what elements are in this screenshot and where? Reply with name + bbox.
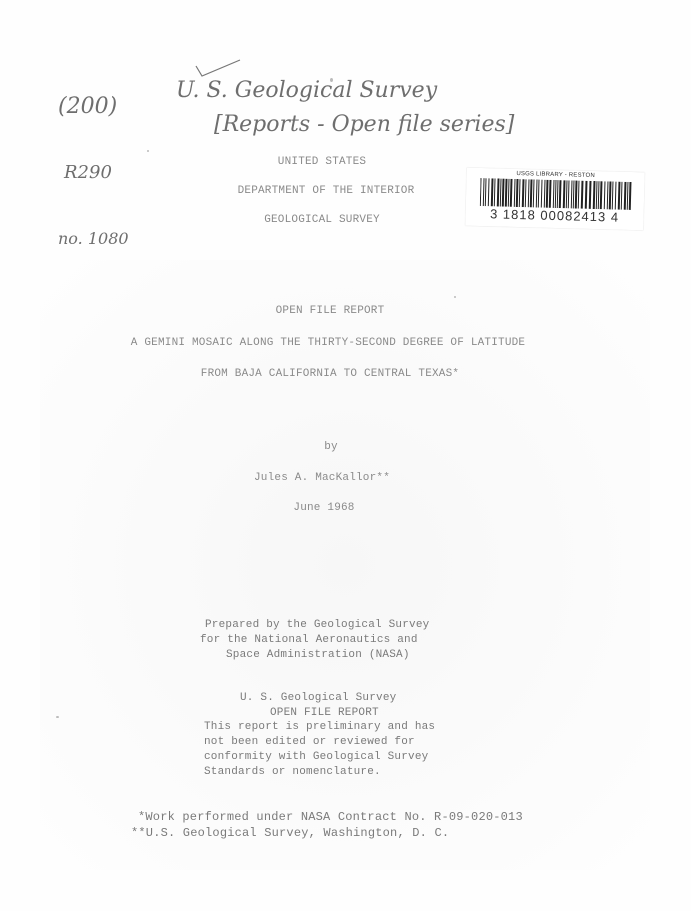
call-number-line: (200) xyxy=(58,96,129,118)
prepared-line-3: Space Administration (NASA) xyxy=(226,649,410,661)
footnote-2: **U.S. Geological Survey, Washington, D.… xyxy=(131,826,449,840)
call-number-line: R290 xyxy=(58,162,129,184)
prepared-line-1: Prepared by the Geological Survey xyxy=(205,619,429,631)
document-page: (200) R290 no. 1080 U. S. Geological Sur… xyxy=(0,0,691,911)
disclaimer-line-2: OPEN FILE REPORT xyxy=(270,707,379,719)
prepared-line-2: for the National Aeronautics and xyxy=(200,634,418,646)
disclaimer-line-1: U. S. Geological Survey xyxy=(240,692,396,704)
author-name: Jules A. MacKallor** xyxy=(254,472,390,484)
library-barcode-label: USGS LIBRARY - RESTON 3 1818 00082413 4 xyxy=(465,168,644,231)
header-department: DEPARTMENT OF THE INTERIOR xyxy=(238,185,415,197)
header-geological-survey: GEOLOGICAL SURVEY xyxy=(264,214,380,226)
paper-speck xyxy=(56,716,59,718)
report-title-line-2: FROM BAJA CALIFORNIA TO CENTRAL TEXAS* xyxy=(201,368,459,380)
checkmark-icon xyxy=(192,58,242,78)
report-type: OPEN FILE REPORT xyxy=(276,305,385,317)
paper-speck xyxy=(454,296,456,298)
header-united-states: UNITED STATES xyxy=(278,156,366,168)
handwritten-series-line-1: U. S. Geological Survey xyxy=(176,78,437,103)
disclaimer-line-4: not been edited or reviewed for xyxy=(204,736,415,748)
byline-by: by xyxy=(324,441,338,453)
handwritten-series-line-2: [Reports - Open file series] xyxy=(214,112,514,137)
footnote-1: *Work performed under NASA Contract No. … xyxy=(138,810,523,824)
barcode-icon xyxy=(480,178,633,210)
handwritten-call-number: (200) R290 no. 1080 xyxy=(58,52,129,294)
paper-speck xyxy=(147,150,149,152)
disclaimer-line-3: This report is preliminary and has xyxy=(204,721,435,733)
paper-speck xyxy=(330,78,333,82)
disclaimer-line-5: conformity with Geological Survey xyxy=(204,751,428,763)
call-number-line: no. 1080 xyxy=(58,228,129,250)
paper-shading xyxy=(40,260,650,870)
report-date: June 1968 xyxy=(293,502,354,514)
report-title-line-1: A GEMINI MOSAIC ALONG THE THIRTY-SECOND … xyxy=(131,337,525,349)
disclaimer-line-6: Standards or nomenclature. xyxy=(204,766,381,778)
